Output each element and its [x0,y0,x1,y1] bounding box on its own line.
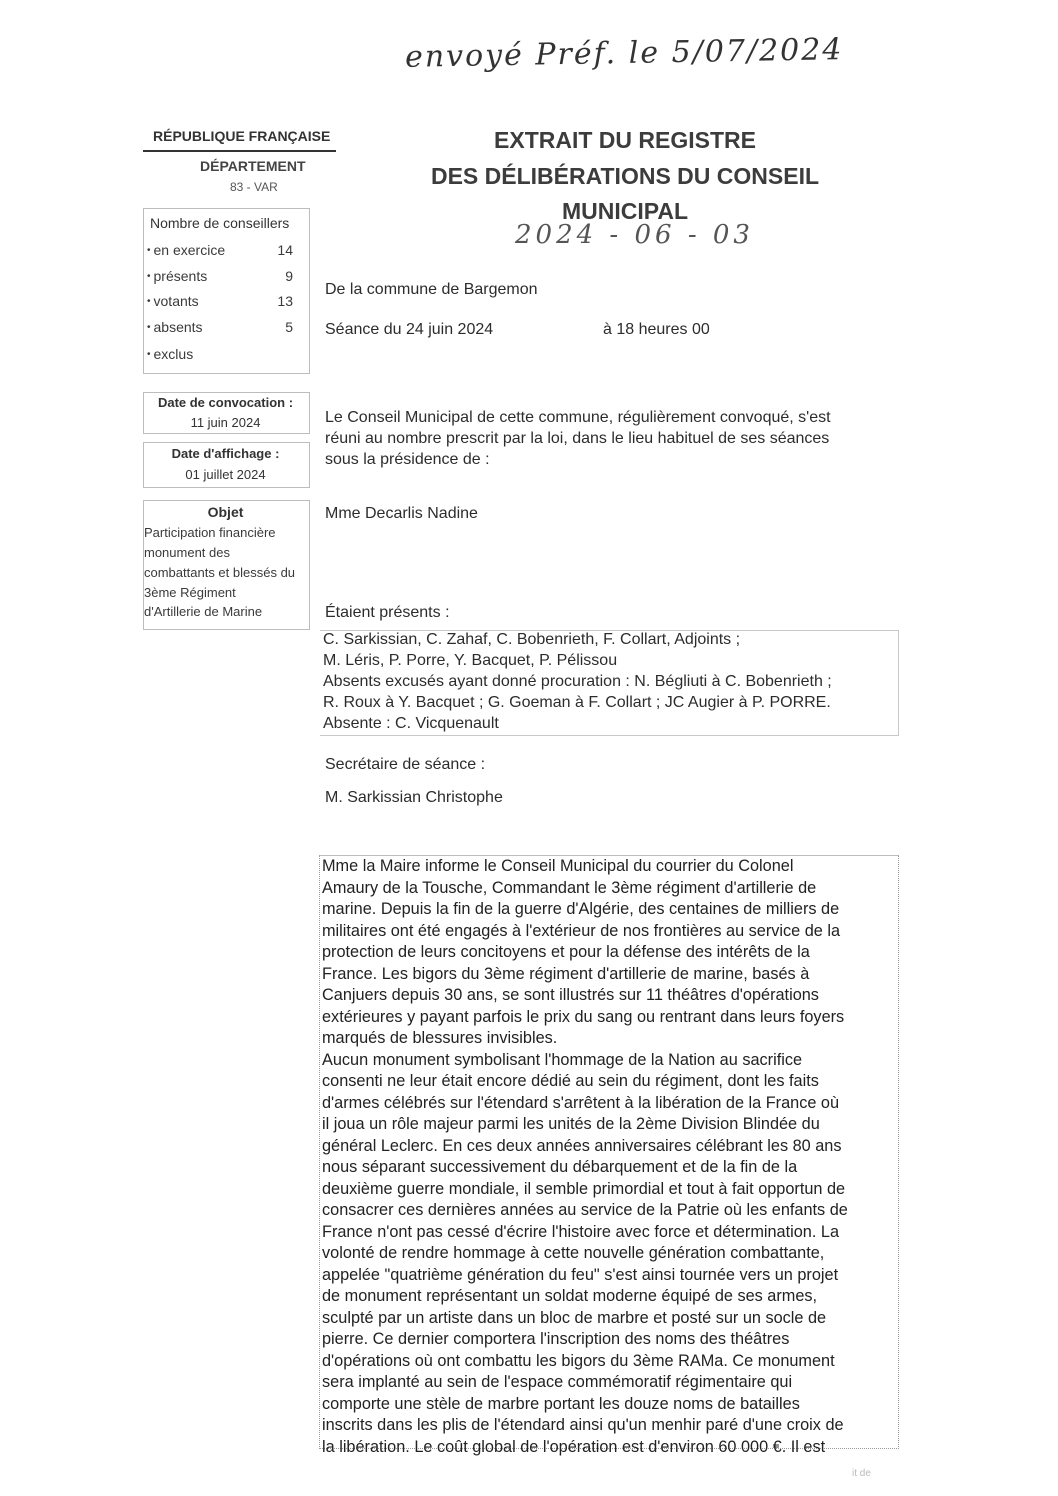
bullet-icon: • [147,296,151,307]
document-title-line-2: DES DÉLIBÉRATIONS DU CONSEIL [380,163,870,190]
handwritten-sent-note: envoyé Préf. le 5/07/2024 [405,32,844,75]
body-line: nous séparant successivement du débarque… [322,1157,797,1178]
body-line: France. Les bigors du 3ème régiment d'ar… [322,964,809,985]
objet-label: Objet [143,504,308,520]
objet-line: combattants et blessés du [144,565,295,580]
councillors-row-label: en exercice [154,242,226,258]
bullet-icon: • [147,271,151,282]
councillors-row-exclus: •exclus [147,346,299,362]
department-label: DÉPARTEMENT [200,158,306,174]
attendance-line: M. Léris, P. Porre, Y. Bacquet, P. Pélis… [323,652,617,670]
body-line: volonté de rendre hommage à cette nouvel… [322,1243,824,1264]
body-line: Amaury de la Tousche, Commandant le 3ème… [322,878,816,899]
seance-time: à 18 heures 00 [603,321,710,339]
attendance-line: R. Roux à Y. Bacquet ; G. Goeman à F. Co… [323,694,831,712]
councillors-row-value: 13 [277,293,293,309]
document-title-line-1: EXTRAIT DU REGISTRE [380,127,870,154]
councillors-row-en-exercice: •en exercice 14 [147,242,299,258]
convocation-date: 11 juin 2024 [143,415,308,430]
department-code: 83 - VAR [230,180,278,194]
body-line: appelée "quatrième génération du feu" s'… [322,1265,838,1286]
body-line: d'opérations où ont combattu les bigors … [322,1351,835,1372]
objet-line: d'Artillerie de Marine [144,604,262,619]
body-line: comporte une stèle de marbre portant les… [322,1394,800,1415]
councillors-row-presents: •présents 9 [147,268,299,284]
body-line: sera implanté au sein de l'espace commém… [322,1372,792,1393]
body-line: général Leclerc. En ces deux années anni… [322,1136,842,1157]
councillors-row-label: présents [154,268,208,284]
attendance-line: C. Sarkissian, C. Zahaf, C. Bobenrieth, … [323,631,740,649]
councillors-row-votants: •votants 13 [147,293,299,309]
councillors-row-absents: •absents 5 [147,319,299,335]
body-line: marine. Depuis la fin de la guerre d'Alg… [322,899,839,920]
bullet-icon: • [147,322,151,333]
body-line: Mme la Maire informe le Conseil Municipa… [322,856,793,877]
councillors-row-label: absents [154,319,203,335]
commune-name: De la commune de Bargemon [325,281,538,299]
secretary-label: Secrétaire de séance : [325,756,485,774]
attendance-label: Étaient présents : [325,604,450,622]
body-line: Canjuers depuis 30 ans, se sont illustré… [322,985,819,1006]
attendance-line: Absents excusés ayant donné procuration … [323,673,832,691]
affichage-date: 01 juillet 2024 [143,467,308,482]
body-line: de monument représentant un soldat moder… [322,1286,817,1307]
stray-scan-text: it de [852,1468,871,1480]
councillors-row-value: 9 [285,268,293,284]
body-line: militaires ont été engagés à l'extérieur… [322,921,840,942]
body-line: la libération. Le coût global de l'opéra… [322,1437,825,1458]
body-line: marqués de blessures invisibles. [322,1028,557,1049]
seance-date: Séance du 24 juin 2024 [325,321,493,339]
secretary-name: M. Sarkissian Christophe [325,789,503,807]
body-line: Aucun monument symbolisant l'hommage de … [322,1050,802,1071]
body-line: pierre. Ce dernier comportera l'inscript… [322,1329,789,1350]
intro-line: Le Conseil Municipal de cette commune, r… [325,409,831,427]
intro-line: sous la présidence de : [325,451,490,469]
body-line: extérieures y payant parfois le prix du … [322,1007,844,1028]
body-line: protection de leurs concitoyens et pour … [322,942,810,963]
councillors-row-label: votants [154,293,199,309]
document-title-line-3: MUNICIPAL [380,198,870,225]
objet-line: 3ème Régiment [144,585,236,600]
body-line: consacrer ces dernières années au servic… [322,1200,848,1221]
republic-label: RÉPUBLIQUE FRANÇAISE [153,128,330,144]
convocation-label: Date de convocation : [143,395,308,410]
body-line: sculpté par un artiste dans un bloc de m… [322,1308,826,1329]
objet-line: monument des [144,545,230,560]
body-line: consenti ne leur était encore dédié au s… [322,1071,819,1092]
bullet-icon: • [147,245,151,256]
body-line: d'armes célébrés sur l'étendard s'arrête… [322,1093,839,1114]
councillors-title: Nombre de conseillers [150,215,289,231]
republic-underline [143,150,336,152]
body-line: inscrits dans les plis de l'étendard ain… [322,1415,844,1436]
objet-line: Participation financière [144,525,276,540]
intro-line: réuni au nombre prescrit par la loi, dan… [325,430,829,448]
body-line: deuxième guerre mondiale, il semble prim… [322,1179,845,1200]
president-name: Mme Decarlis Nadine [325,505,478,523]
councillors-row-value: 14 [277,242,293,258]
affichage-label: Date d'affichage : [143,446,308,461]
councillors-row-value: 5 [285,319,293,335]
bullet-icon: • [147,349,151,360]
attendance-line: Absente : C. Vicquenault [323,715,499,733]
councillors-row-label: exclus [154,346,194,362]
body-line: il joua un rôle majeur parmi les unités … [322,1114,820,1135]
body-line: France n'ont pas cessé d'écrire l'histoi… [322,1222,839,1243]
